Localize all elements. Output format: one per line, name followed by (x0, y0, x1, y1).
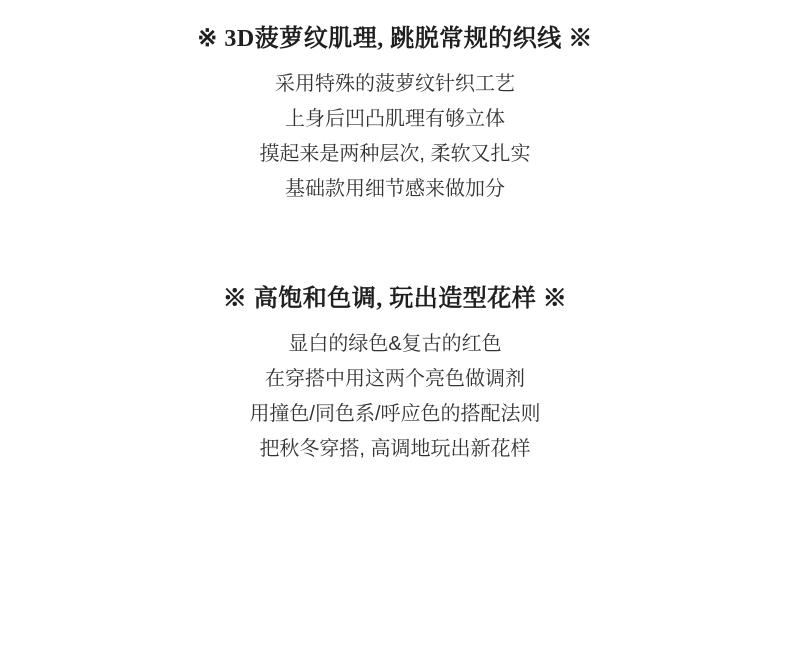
text-line: 用撞色/同色系/呼应色的搭配法则 (0, 397, 790, 432)
section-color: ※ 高饱和色调, 玩出造型花样 ※ 显白的绿色&复古的红色 在穿搭中用这两个亮色… (0, 285, 790, 467)
text-line: 显白的绿色&复古的红色 (0, 327, 790, 362)
section-color-body: 显白的绿色&复古的红色 在穿搭中用这两个亮色做调剂 用撞色/同色系/呼应色的搭配… (0, 327, 790, 467)
section-texture-title: ※ 3D菠萝纹肌理, 跳脱常规的织线 ※ (0, 25, 790, 53)
text-line: 摸起来是两种层次, 柔软又扎实 (0, 137, 790, 172)
section-texture: ※ 3D菠萝纹肌理, 跳脱常规的织线 ※ 采用特殊的菠萝纹针织工艺 上身后凹凸肌… (0, 0, 790, 207)
text-line: 把秋冬穿搭, 高调地玩出新花样 (0, 432, 790, 467)
text-line: 基础款用细节感来做加分 (0, 172, 790, 207)
text-line: 采用特殊的菠萝纹针织工艺 (0, 67, 790, 102)
section-color-title: ※ 高饱和色调, 玩出造型花样 ※ (0, 285, 790, 313)
text-line: 在穿搭中用这两个亮色做调剂 (0, 362, 790, 397)
text-line: 上身后凹凸肌理有够立体 (0, 102, 790, 137)
product-description-page: ※ 3D菠萝纹肌理, 跳脱常规的织线 ※ 采用特殊的菠萝纹针织工艺 上身后凹凸肌… (0, 0, 790, 659)
section-texture-body: 采用特殊的菠萝纹针织工艺 上身后凹凸肌理有够立体 摸起来是两种层次, 柔软又扎实… (0, 67, 790, 207)
